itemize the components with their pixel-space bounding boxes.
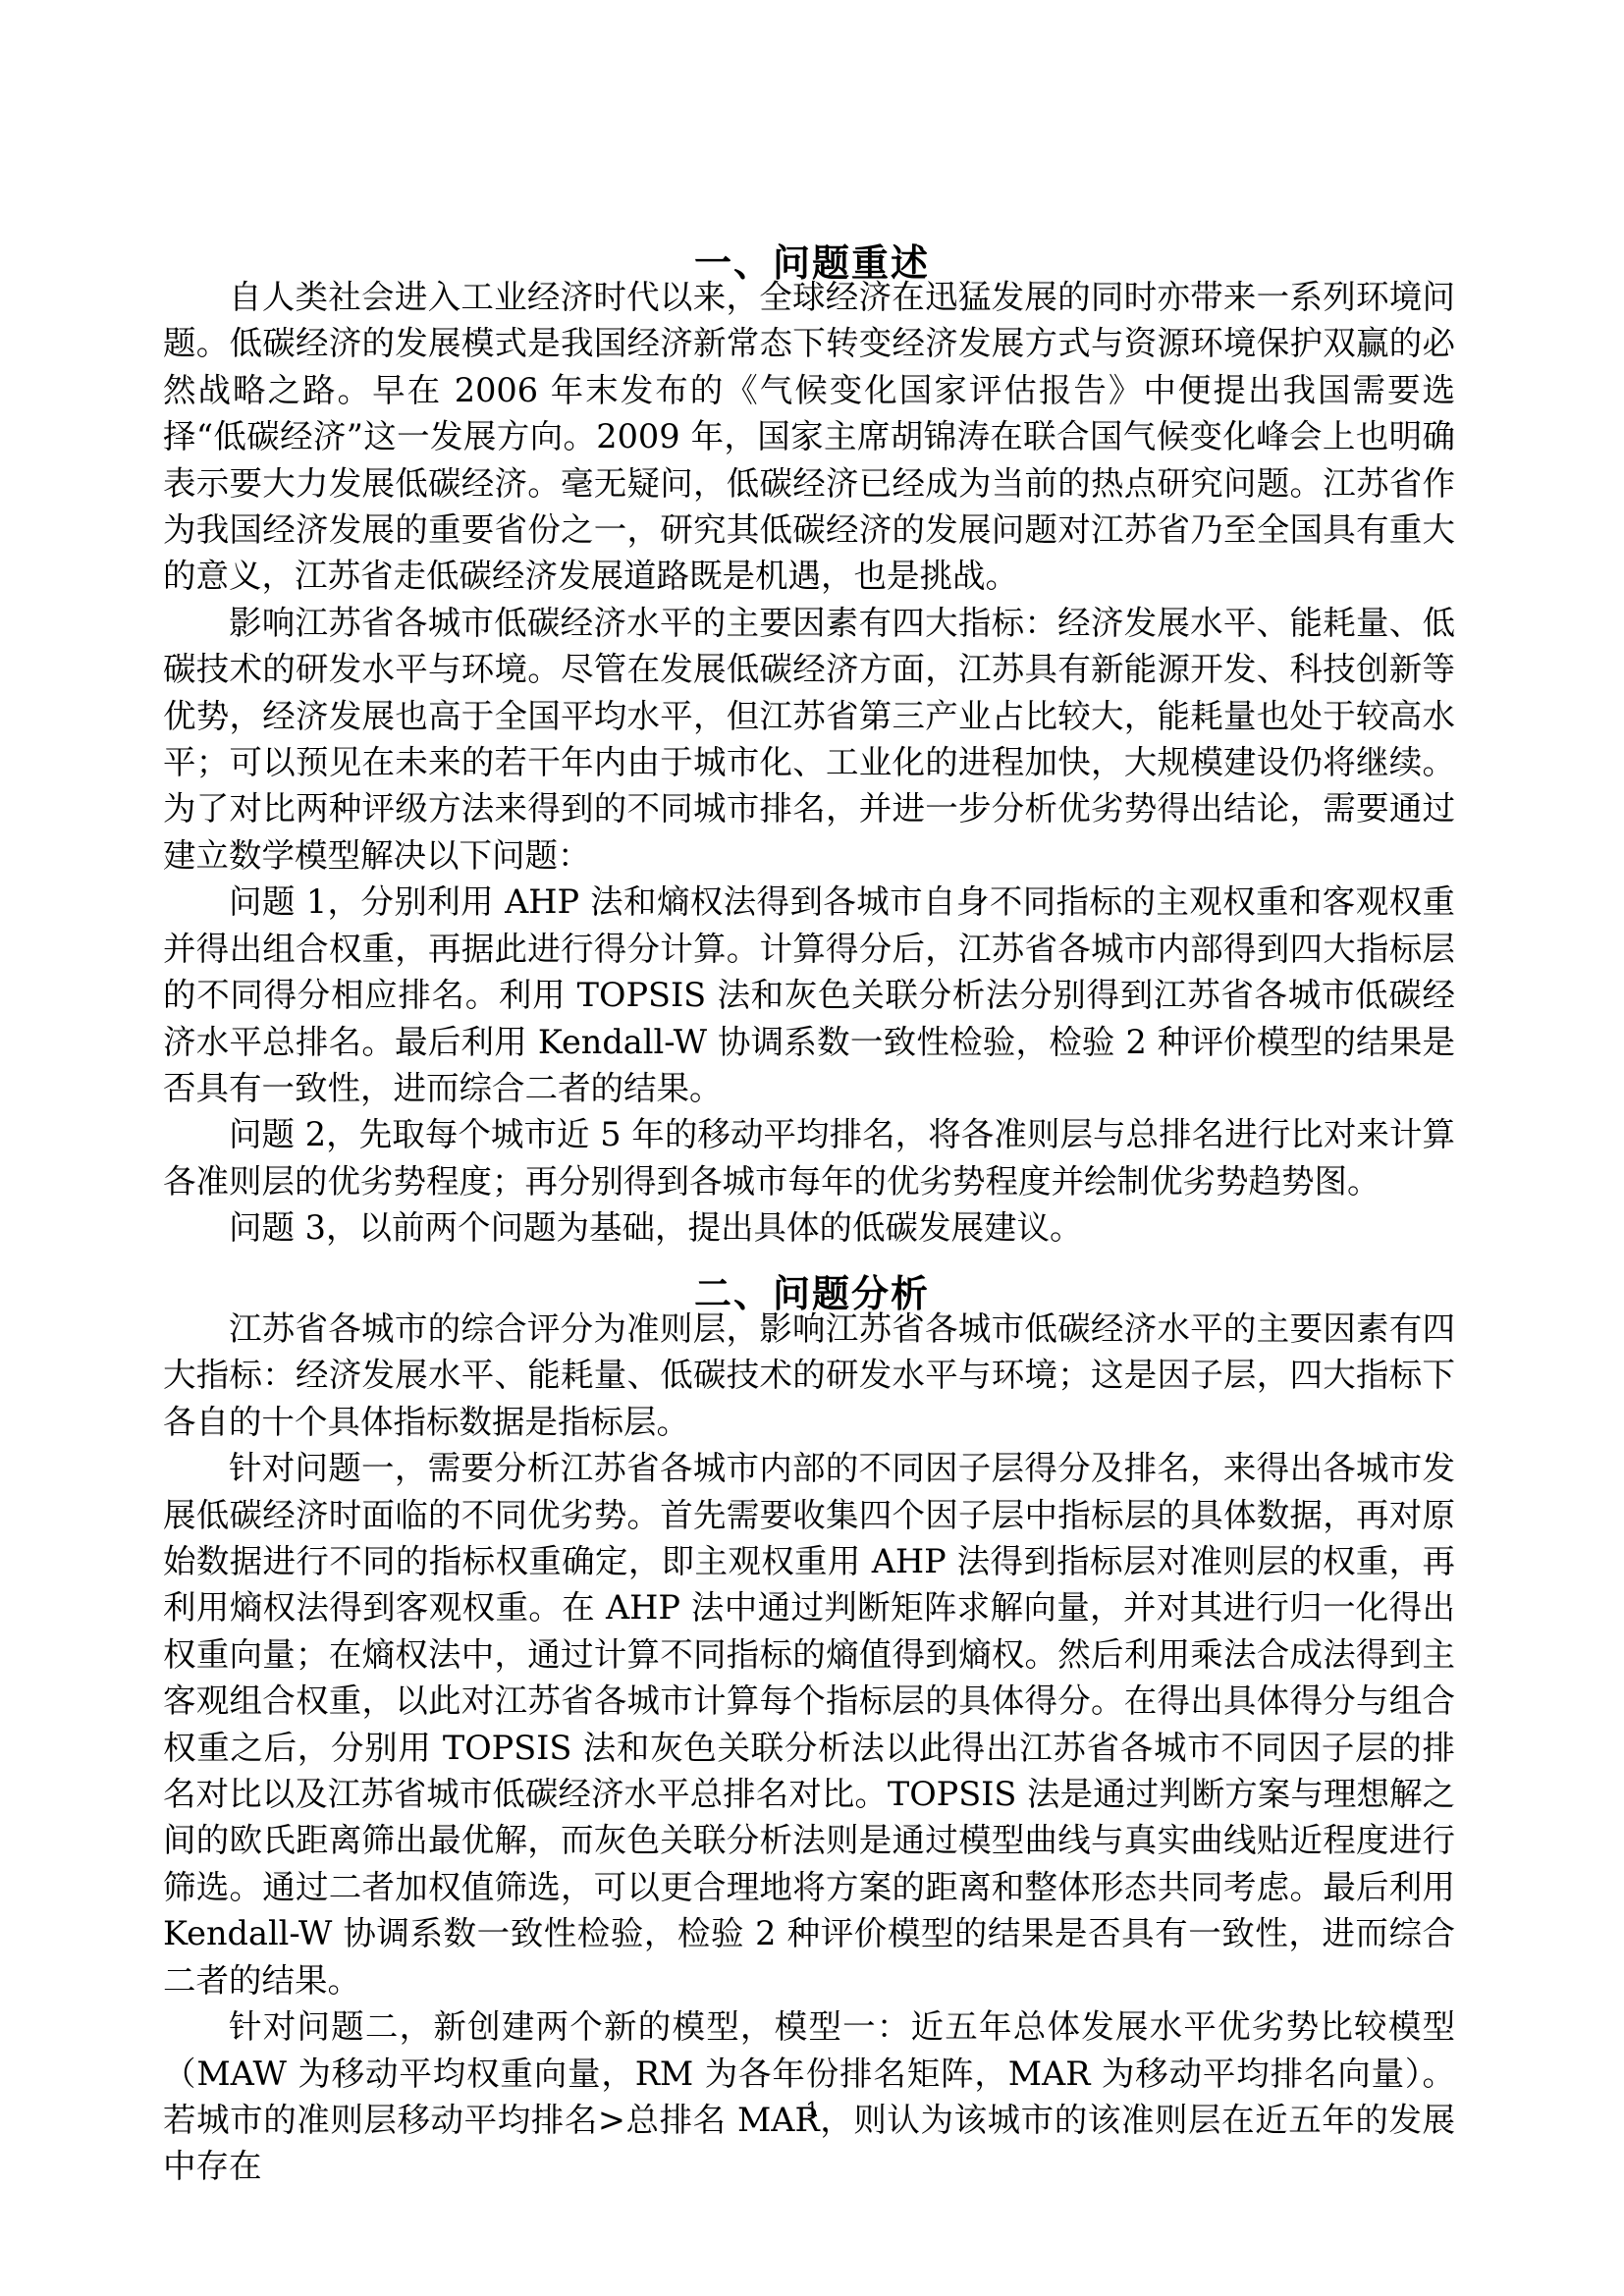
paragraph: 问题 2，先取每个城市近 5 年的移动平均排名，将各准则层与总排名进行比对来计算… bbox=[163, 1111, 1455, 1204]
section-body-problem-restatement: 自人类社会进入工业经济时代以来，全球经济在迅猛发展的同时亦带来一系列环境问题。低… bbox=[163, 274, 1455, 1252]
paragraph: 江苏省各城市的综合评分为准则层，影响江苏省各城市低碳经济水平的主要因素有四大指标… bbox=[163, 1306, 1455, 1445]
paragraph: 自人类社会进入工业经济时代以来，全球经济在迅猛发展的同时亦带来一系列环境问题。低… bbox=[163, 274, 1455, 600]
paragraph: 针对问题一，需要分析江苏省各城市内部的不同因子层得分及排名，来得出各城市发展低碳… bbox=[163, 1445, 1455, 2003]
paragraph: 影响江苏省各城市低碳经济水平的主要因素有四大指标：经济发展水平、能耗量、低碳技术… bbox=[163, 600, 1455, 879]
page-number: 1 bbox=[0, 2097, 1624, 2122]
paragraph: 问题 3，以前两个问题为基础，提出具体的低碳发展建议。 bbox=[163, 1204, 1455, 1251]
paragraph: 问题 1，分别利用 AHP 法和熵权法得到各城市自身不同指标的主观权重和客观权重… bbox=[163, 879, 1455, 1111]
document-page: 一、问题重述 自人类社会进入工业经济时代以来，全球经济在迅猛发展的同时亦带来一系… bbox=[0, 0, 1624, 2296]
section-body-problem-analysis: 江苏省各城市的综合评分为准则层，影响江苏省各城市低碳经济水平的主要因素有四大指标… bbox=[163, 1306, 1455, 2190]
